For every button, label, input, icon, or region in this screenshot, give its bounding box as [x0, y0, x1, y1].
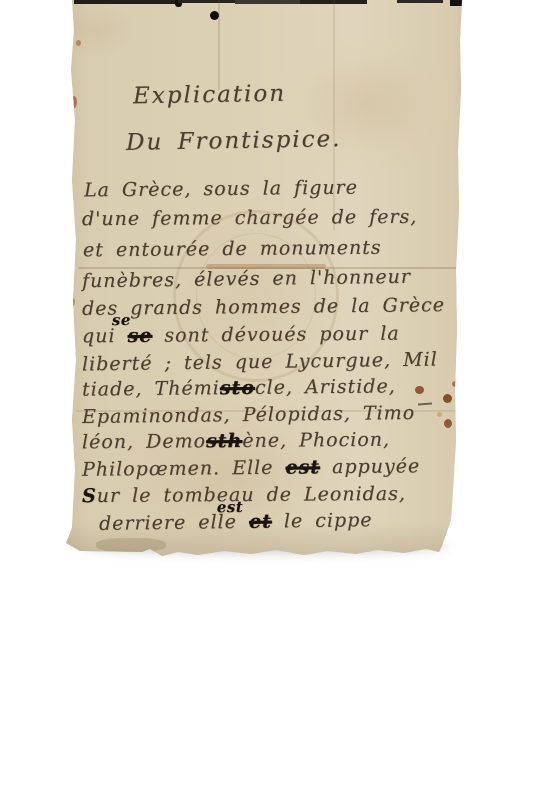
overwritten-letters: sto	[220, 377, 255, 399]
scan-edge-band	[397, 0, 443, 3]
manuscript-line-with-correction: léon, Demosthène, Phocion,	[82, 429, 390, 454]
line-text: ur le tombeau de Leonidas,	[97, 483, 406, 507]
manuscript-line-with-correction: Sur le tombeau de Leonidas,	[82, 483, 406, 507]
rust-stain	[452, 381, 459, 387]
scan-edge-band	[178, 0, 235, 3]
rust-stain	[444, 419, 452, 428]
overwritten-initial: S	[82, 485, 97, 507]
line-text: tiade, Thémi	[82, 377, 220, 400]
manuscript-line: funèbres, élevés en l'honneur	[82, 266, 411, 293]
rust-stain	[437, 412, 442, 417]
rust-stain	[415, 386, 424, 394]
manuscript-line-with-correction: derriere elle et le cippe est	[99, 509, 373, 535]
rust-stain	[443, 394, 452, 403]
manuscript-line-with-correction: qui se sont dévoués pour la se	[82, 323, 400, 348]
scanned-page-background: Explication Du Frontispice. La Grèce, so…	[0, 0, 549, 800]
inserted-correction: se	[112, 311, 131, 329]
scan-edge-band-corner	[450, 0, 462, 6]
line-text: appuyée	[332, 455, 420, 478]
manuscript-line: des grands hommes de la Grèce	[82, 294, 445, 320]
inserted-correction: est	[217, 498, 244, 516]
line-text: sont dévoués pour la	[164, 323, 400, 347]
vertical-fold-crease	[218, 0, 220, 90]
manuscript-line: Epaminondas, Pélopidas, Timo	[82, 402, 415, 428]
bottom-stain	[96, 538, 166, 552]
edge-stain	[71, 96, 77, 108]
line-text: le cippe	[284, 509, 373, 532]
edge-stain	[76, 40, 81, 46]
scan-edge-band	[74, 0, 178, 4]
manuscript-line-with-correction: tiade, Thémistocle, Aristide,	[82, 375, 396, 400]
manuscript-title-line-2: Du Frontispice.	[126, 126, 342, 156]
manuscript-line: liberté ; tels que Lycurgue, Mil	[82, 349, 438, 376]
struck-word: se	[127, 325, 152, 347]
hyphenation-overline-mark	[418, 403, 432, 406]
line-text: léon, Demo	[82, 430, 206, 453]
manuscript-line-with-correction: Philopœmen. Elle est appuyée	[82, 455, 420, 481]
scan-edge-band	[235, 0, 300, 4]
struck-word: et	[249, 510, 272, 532]
manuscript-line: La Grèce, sous la figure	[84, 177, 358, 202]
line-text: qui	[82, 325, 116, 347]
edge-stain	[70, 298, 75, 306]
manuscript-line: et entourée de monuments	[83, 237, 382, 262]
struck-word: est	[285, 456, 320, 478]
manuscript-line: d'une femme chargée de fers,	[82, 206, 417, 230]
line-text: Philopœmen. Elle	[82, 457, 274, 481]
line-text: cle, Aristide,	[255, 375, 396, 398]
overwritten-letters: sth	[206, 430, 242, 452]
manuscript-page: Explication Du Frontispice. La Grèce, so…	[66, 0, 466, 558]
line-text: ène, Phocion,	[242, 429, 390, 452]
manuscript-title-line-1: Explication	[133, 81, 286, 110]
